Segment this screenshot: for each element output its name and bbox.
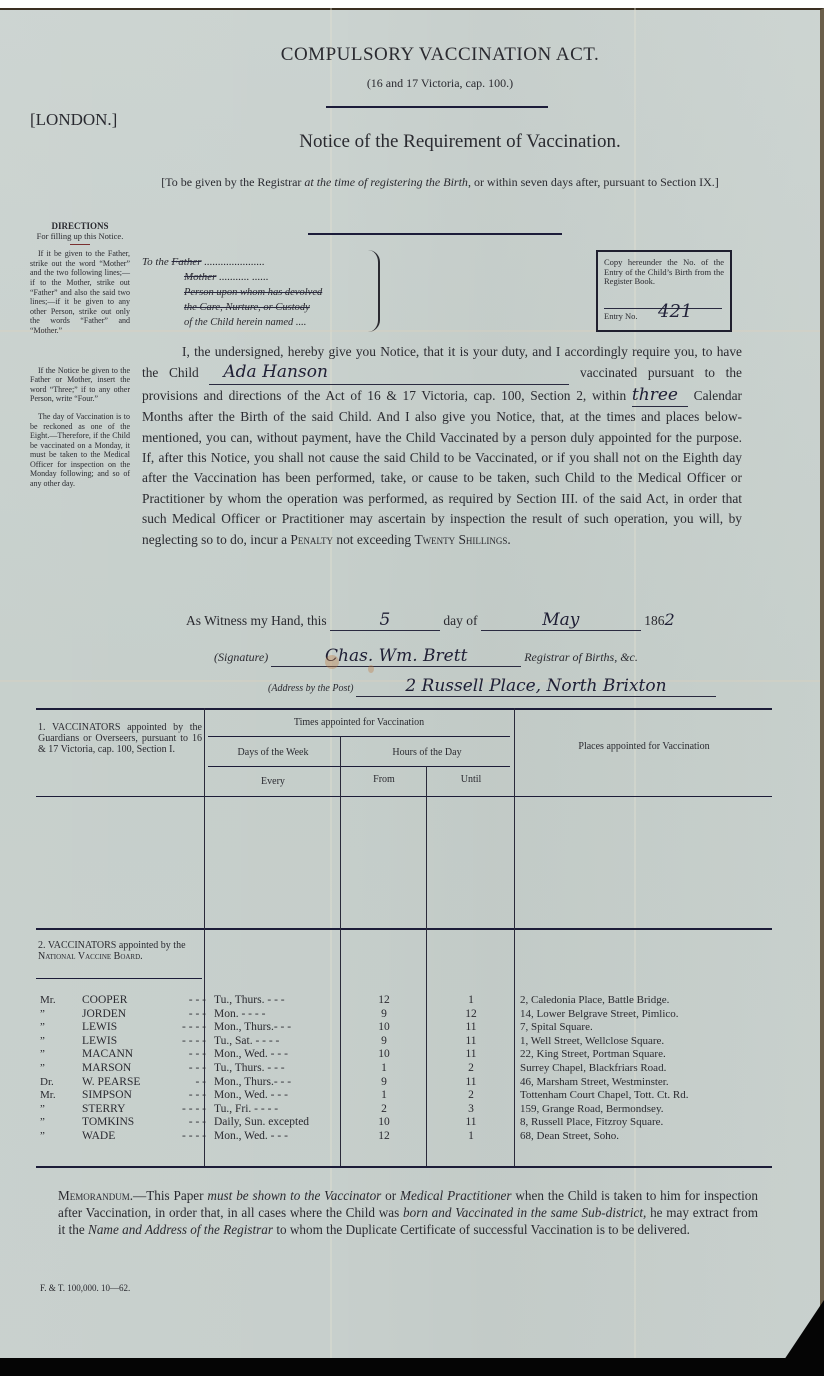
child-name-value: Ada Hanson bbox=[209, 362, 328, 382]
vaccinator-title: Mr. bbox=[40, 994, 76, 1006]
months-value: three bbox=[632, 385, 678, 405]
vaccinator-title: ” bbox=[40, 1021, 76, 1033]
directions-sidebar: DIRECTIONS For filling up this Notice. I… bbox=[30, 222, 130, 497]
person-option-line: Person upon whom has devolved bbox=[142, 285, 382, 300]
days-of-week: Mon., Wed. - - - bbox=[214, 1130, 346, 1142]
table-row: ” WADE - - - - Mon., Wed. - - - 12 1 68,… bbox=[36, 1130, 772, 1142]
addressee-block: To the Father ...................... Mot… bbox=[142, 255, 382, 330]
days-of-week: Mon., Thurs.- - - bbox=[214, 1076, 346, 1088]
dash-leader: - - - bbox=[172, 1062, 206, 1074]
days-of-week: Mon. - - - - bbox=[214, 1008, 346, 1020]
days-of-week: Tu., Fri. - - - - bbox=[214, 1103, 346, 1115]
address-value: 2 Russell Place, North Brixton bbox=[405, 676, 666, 696]
vaccinators-table: 1. VACCINATORS appointed by the Guardian… bbox=[36, 708, 772, 1178]
brace-bracket bbox=[368, 250, 380, 332]
instruction-emphasis: at the time of registering the Birth bbox=[304, 175, 468, 189]
year-prefix: 186 bbox=[644, 613, 664, 628]
table-row: ” LEWIS - - - - Tu., Sat. - - - - 9 11 1… bbox=[36, 1035, 772, 1047]
hour-from: 10 bbox=[340, 1048, 428, 1060]
dash-leader: - - - - bbox=[172, 1035, 206, 1047]
dot-leader: .... bbox=[296, 317, 307, 328]
hour-until: 12 bbox=[428, 1008, 514, 1020]
table-row: ” TOMKINS - - - Daily, Sun. excepted 10 … bbox=[36, 1116, 772, 1128]
vaccinator-title: ” bbox=[40, 1008, 76, 1020]
father-option: Father bbox=[172, 256, 202, 268]
memo-emphasis: born and Vaccinated in the same Sub-dist… bbox=[403, 1205, 646, 1220]
penalty-amount: Twenty Shillings. bbox=[414, 532, 510, 547]
vaccinator-title: ” bbox=[40, 1103, 76, 1115]
signature-line: (Signature) Chas. Wm. Brett Registrar of… bbox=[214, 646, 754, 667]
days-header: Days of the Week bbox=[206, 747, 340, 758]
vaccination-place: 159, Grange Road, Bermondsey. bbox=[520, 1103, 772, 1115]
vaccination-place: 8, Russell Place, Fitzroy Square. bbox=[520, 1116, 772, 1128]
vaccinator-title: ” bbox=[40, 1035, 76, 1047]
days-of-week: Daily, Sun. excepted bbox=[214, 1116, 346, 1128]
hour-until: 11 bbox=[428, 1076, 514, 1088]
column-divider bbox=[340, 736, 341, 1166]
memo-emphasis: must be shown to the Vaccinator bbox=[207, 1188, 381, 1203]
from-header: From bbox=[342, 774, 426, 785]
signature-label: (Signature) bbox=[214, 650, 268, 664]
months-field[interactable]: three bbox=[632, 385, 688, 407]
year-suffix-field[interactable]: 2 bbox=[664, 610, 674, 629]
days-of-week: Mon., Thurs.- - - bbox=[214, 1021, 346, 1033]
signature-field[interactable]: Chas. Wm. Brett bbox=[271, 646, 521, 667]
hour-from: 2 bbox=[340, 1103, 428, 1115]
person-option-line: the Care, Nurture, or Custody bbox=[142, 300, 382, 315]
day-of-label: day of bbox=[443, 613, 477, 628]
register-entry-box: Copy hereunder the No. of the Entry of t… bbox=[596, 250, 732, 332]
title-rule bbox=[326, 106, 548, 108]
vaccinator-title: Dr. bbox=[40, 1076, 76, 1088]
days-of-week: Mon., Wed. - - - bbox=[214, 1048, 346, 1060]
penalty-text: Penalty bbox=[290, 532, 333, 547]
dash-leader: - - bbox=[172, 1076, 206, 1088]
entry-number-field[interactable]: 421 bbox=[658, 307, 692, 317]
hour-until: 1 bbox=[428, 1130, 514, 1142]
table-rule bbox=[36, 796, 772, 797]
directions-para: The day of Vaccination is to be reckoned… bbox=[30, 412, 130, 489]
table-row: ” STERRY - - - - Tu., Fri. - - - - 2 3 1… bbox=[36, 1103, 772, 1115]
vaccinator-title: ” bbox=[40, 1130, 76, 1142]
times-header: Times appointed for Vaccination bbox=[206, 717, 512, 728]
memo-text: to whom the Duplicate Certificate of suc… bbox=[273, 1222, 690, 1237]
until-header: Until bbox=[428, 774, 514, 785]
hour-from: 1 bbox=[340, 1089, 428, 1101]
witness-line: As Witness my Hand, this 5 day of May 18… bbox=[186, 610, 766, 631]
hours-header: Hours of the Day bbox=[342, 747, 512, 758]
hour-until: 11 bbox=[428, 1035, 514, 1047]
directions-subheading: For filling up this Notice. bbox=[30, 232, 130, 242]
dash-leader: - - - bbox=[172, 1089, 206, 1101]
vaccination-place: 1, Well Street, Wellclose Square. bbox=[520, 1035, 772, 1047]
vaccination-place: Tottenham Court Chapel, Tott. Ct. Rd. bbox=[520, 1089, 772, 1101]
section2-board: National Vaccine Board. bbox=[38, 951, 143, 962]
memo-emphasis: Name and Address of the Registrar bbox=[88, 1222, 273, 1237]
body-text: not exceeding bbox=[336, 532, 411, 547]
table-rule bbox=[36, 928, 772, 930]
table-rule bbox=[36, 1166, 772, 1168]
every-header: Every bbox=[206, 776, 340, 787]
act-title: COMPULSORY VACCINATION ACT. bbox=[150, 44, 730, 66]
hour-until: 1 bbox=[428, 994, 514, 1006]
torn-corner bbox=[784, 1300, 824, 1360]
dot-leader: ...................... bbox=[204, 256, 265, 268]
table-rule bbox=[208, 736, 510, 737]
vaccination-place: 7, Spital Square. bbox=[520, 1021, 772, 1033]
table-row: Mr. COOPER - - - Tu., Thurs. - - - 12 1 … bbox=[36, 994, 772, 1006]
table-row: ” JORDEN - - - Mon. - - - - 9 12 14, Low… bbox=[36, 1008, 772, 1020]
dash-leader: - - - bbox=[172, 1116, 206, 1128]
memo-text: —This Paper bbox=[133, 1188, 207, 1203]
day-value: 5 bbox=[380, 610, 391, 630]
days-of-week: Mon., Wed. - - - bbox=[214, 1089, 346, 1101]
vaccinator-title: ” bbox=[40, 1116, 76, 1128]
table-row: ” MACANN - - - Mon., Wed. - - - 10 11 22… bbox=[36, 1048, 772, 1060]
address-field[interactable]: 2 Russell Place, North Brixton bbox=[356, 676, 716, 697]
directions-para: If it be given to the Father, strike out… bbox=[30, 249, 130, 335]
month-field[interactable]: May bbox=[481, 610, 641, 631]
vaccination-place: Surrey Chapel, Blackfriars Road. bbox=[520, 1062, 772, 1074]
hour-until: 11 bbox=[428, 1048, 514, 1060]
vaccination-place: 22, King Street, Portman Square. bbox=[520, 1048, 772, 1060]
section-rule bbox=[308, 233, 562, 235]
vaccinator-title: ” bbox=[40, 1062, 76, 1074]
stain bbox=[325, 655, 339, 669]
dash-leader: - - - - bbox=[172, 1021, 206, 1033]
notice-title: Notice of the Requirement of Vaccination… bbox=[150, 131, 770, 153]
hour-from: 9 bbox=[340, 1076, 428, 1088]
stain bbox=[368, 665, 374, 673]
notice-body: I, the undersigned, hereby give you Noti… bbox=[142, 342, 742, 550]
hour-until: 11 bbox=[428, 1116, 514, 1128]
vaccinator-title: ” bbox=[40, 1048, 76, 1060]
address-line: (Address by the Post) 2 Russell Place, N… bbox=[268, 676, 758, 697]
hour-until: 3 bbox=[428, 1103, 514, 1115]
hour-from: 12 bbox=[340, 994, 428, 1006]
body-text: Calendar Months after the Birth of the s… bbox=[142, 388, 742, 547]
hour-from: 10 bbox=[340, 1021, 428, 1033]
child-name-field[interactable]: Ada Hanson bbox=[209, 362, 569, 384]
entry-instructions: Copy hereunder the No. of the Entry of t… bbox=[598, 252, 730, 287]
hour-until: 2 bbox=[428, 1089, 514, 1101]
table-row: Dr. W. PEARSE - - Mon., Thurs.- - - 9 11… bbox=[36, 1076, 772, 1088]
hour-from: 9 bbox=[340, 1008, 428, 1020]
mother-option: Mother bbox=[184, 271, 216, 283]
table-rule bbox=[36, 978, 202, 979]
act-citation: (16 and 17 Victoria, cap. 100.) bbox=[150, 76, 730, 91]
address-label: (Address by the Post) bbox=[268, 683, 353, 694]
hour-from: 10 bbox=[340, 1116, 428, 1128]
hour-from: 1 bbox=[340, 1062, 428, 1074]
vaccinator-title: Mr. bbox=[40, 1089, 76, 1101]
registrar-label: Registrar of Births, &c. bbox=[524, 650, 638, 664]
month-value: May bbox=[542, 610, 579, 630]
printer-imprint: F. & T. 100,000. 10—62. bbox=[40, 1283, 130, 1293]
vaccination-place: 46, Marsham Street, Westminster. bbox=[520, 1076, 772, 1088]
instruction-text: [To be given by the Registrar at the tim… bbox=[160, 172, 720, 192]
dot-leader: ........... ...... bbox=[219, 271, 269, 283]
directions-para: If the Notice be given to the Father or … bbox=[30, 366, 130, 404]
memorandum: Memorandum.—This Paper must be shown to … bbox=[58, 1187, 758, 1238]
section2-label-text: 2. VACCINATORS appointed by the bbox=[38, 940, 186, 951]
person-option-line: of the Child herein named bbox=[184, 317, 293, 328]
instruction-part: [To be given by the Registrar bbox=[161, 175, 304, 189]
table-rule bbox=[36, 708, 772, 710]
district-label: [LONDON.] bbox=[30, 110, 117, 130]
dash-leader: - - - bbox=[172, 1048, 206, 1060]
memorandum-label: Memorandum. bbox=[58, 1188, 133, 1203]
hour-until: 2 bbox=[428, 1062, 514, 1074]
memo-emphasis: Medical Practitioner bbox=[400, 1188, 512, 1203]
days-of-week: Tu., Thurs. - - - bbox=[214, 1062, 346, 1074]
section1-label: 1. VACCINATORS appointed by the Guardian… bbox=[36, 722, 202, 755]
dash-leader: - - - bbox=[172, 994, 206, 1006]
table-row: ” MARSON - - - Tu., Thurs. - - - 1 2 Sur… bbox=[36, 1062, 772, 1074]
days-of-week: Tu., Thurs. - - - bbox=[214, 994, 346, 1006]
table-rule bbox=[208, 766, 510, 767]
table-row: Mr. SIMPSON - - - Mon., Wed. - - - 1 2 T… bbox=[36, 1089, 772, 1101]
scan-border bbox=[0, 1358, 824, 1376]
section2-label: 2. VACCINATORS appointed by the National… bbox=[36, 940, 202, 962]
day-field[interactable]: 5 bbox=[330, 610, 440, 631]
dash-leader: - - - bbox=[172, 1008, 206, 1020]
vaccination-place: 14, Lower Belgrave Street, Pimlico. bbox=[520, 1008, 772, 1020]
days-of-week: Tu., Sat. - - - - bbox=[214, 1035, 346, 1047]
memo-text: or bbox=[381, 1188, 400, 1203]
dash-leader: - - - - bbox=[172, 1130, 206, 1142]
witness-label: As Witness my Hand, this bbox=[186, 613, 327, 628]
signature-value: Chas. Wm. Brett bbox=[325, 646, 467, 666]
divider bbox=[70, 244, 90, 245]
hour-from: 9 bbox=[340, 1035, 428, 1047]
places-header: Places appointed for Vaccination bbox=[516, 741, 772, 752]
hour-until: 11 bbox=[428, 1021, 514, 1033]
hour-from: 12 bbox=[340, 1130, 428, 1142]
dash-leader: - - - - bbox=[172, 1103, 206, 1115]
vaccination-place: 2, Caledonia Place, Battle Bridge. bbox=[520, 994, 772, 1006]
to-the-label: To the bbox=[142, 256, 169, 268]
table-row: ” LEWIS - - - - Mon., Thurs.- - - 10 11 … bbox=[36, 1021, 772, 1033]
vaccination-place: 68, Dean Street, Soho. bbox=[520, 1130, 772, 1142]
instruction-part: , or within seven days after, pursuant t… bbox=[468, 175, 719, 189]
